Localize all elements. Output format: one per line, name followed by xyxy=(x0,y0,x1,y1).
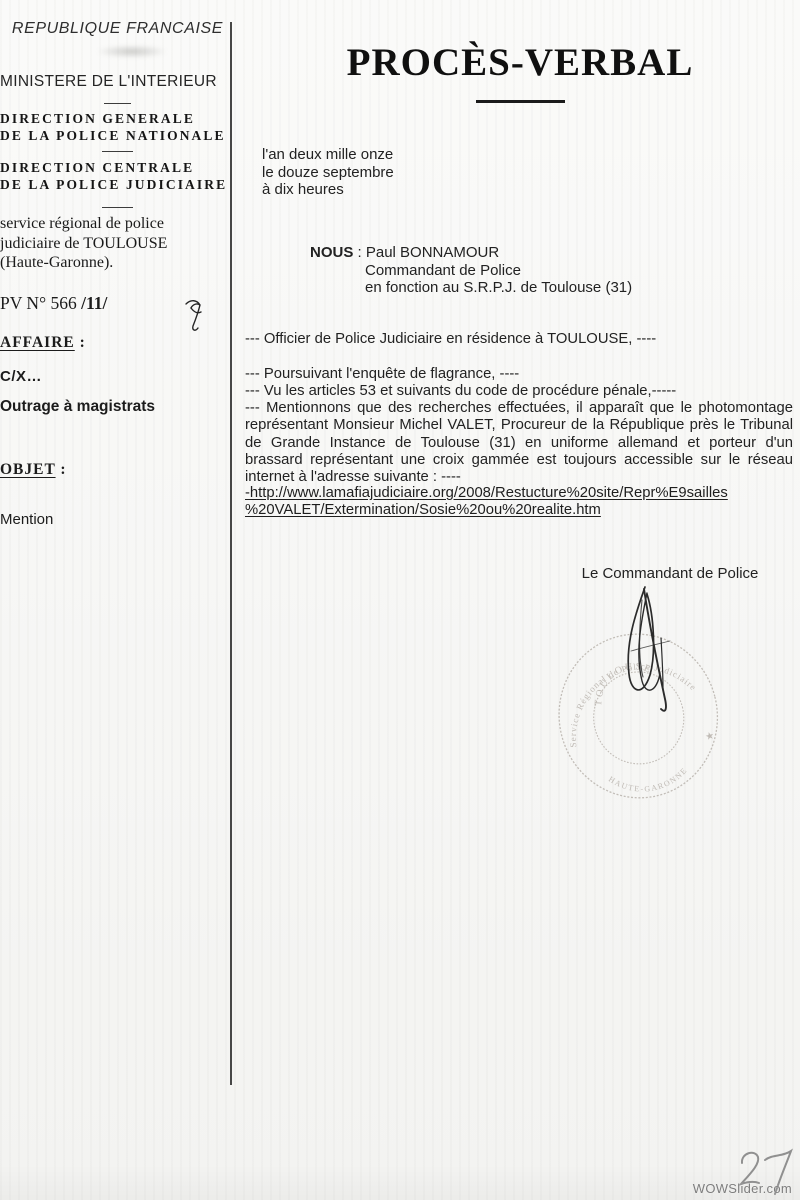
evidence-url-line1: -http://www.lamafiajudiciaire.org/2008/R… xyxy=(245,485,793,501)
separator-rule xyxy=(102,207,133,208)
direction-generale: DIRECTION GENERALE DE LA POLICE NATIONAL… xyxy=(0,111,235,144)
direction-centrale: DIRECTION CENTRALE DE LA POLICE JUDICIAI… xyxy=(0,160,235,193)
case-name: Outrage à magistrats xyxy=(0,398,235,416)
svg-text:HAUTE-GARONNE: HAUTE-GARONNE xyxy=(605,756,692,803)
affaire-heading: AFFAIRE : xyxy=(0,334,235,352)
date-block: l'an deux mille onze le douze septembre … xyxy=(262,146,394,199)
stamp-star-icon: ★ xyxy=(704,730,715,743)
case-reference: C/X… xyxy=(0,368,235,385)
scanned-proces-verbal-page: REPUBLIQUE FRANCAISE MINISTERE DE L'INTE… xyxy=(0,0,800,1200)
objet-value: Mention xyxy=(0,511,235,528)
document-title: PROCÈS-VERBAL xyxy=(240,40,800,85)
title-underline-rule xyxy=(476,100,565,103)
republic-header: REPUBLIQUE FRANCAISE xyxy=(0,20,235,38)
officer-block: NOUS : Paul BONNAMOUR Commandant de Poli… xyxy=(310,244,632,297)
officer-assignment: en fonction au S.R.P.J. de Toulouse (31) xyxy=(365,279,632,297)
separator-rule xyxy=(102,151,133,152)
handwritten-initial xyxy=(183,296,209,334)
column-divider-line xyxy=(230,22,232,1085)
scan-smudge xyxy=(96,45,168,58)
evidence-url-line2: %20VALET/Extermination/Sosie%20ou%20real… xyxy=(245,502,793,518)
paragraph-officier: --- Officier de Police Judiciaire en rés… xyxy=(245,331,793,347)
objet-heading: OBJET : xyxy=(0,461,235,479)
paragraph-mention: --- Mentionnons que des recherches effec… xyxy=(245,400,793,486)
separator-rule xyxy=(104,103,131,104)
service-regional: service régional de police judiciaire de… xyxy=(0,214,235,273)
wowslider-watermark-link[interactable]: WOWSlider.com xyxy=(693,1181,792,1196)
ministry-header: MINISTERE DE L'INTERIEUR xyxy=(0,73,235,91)
officer-rank: Commandant de Police xyxy=(365,262,632,280)
signature-scribble xyxy=(598,580,708,725)
paragraph-poursuivant-vu: --- Poursuivant l'enquête de flagrance, … xyxy=(245,366,793,401)
